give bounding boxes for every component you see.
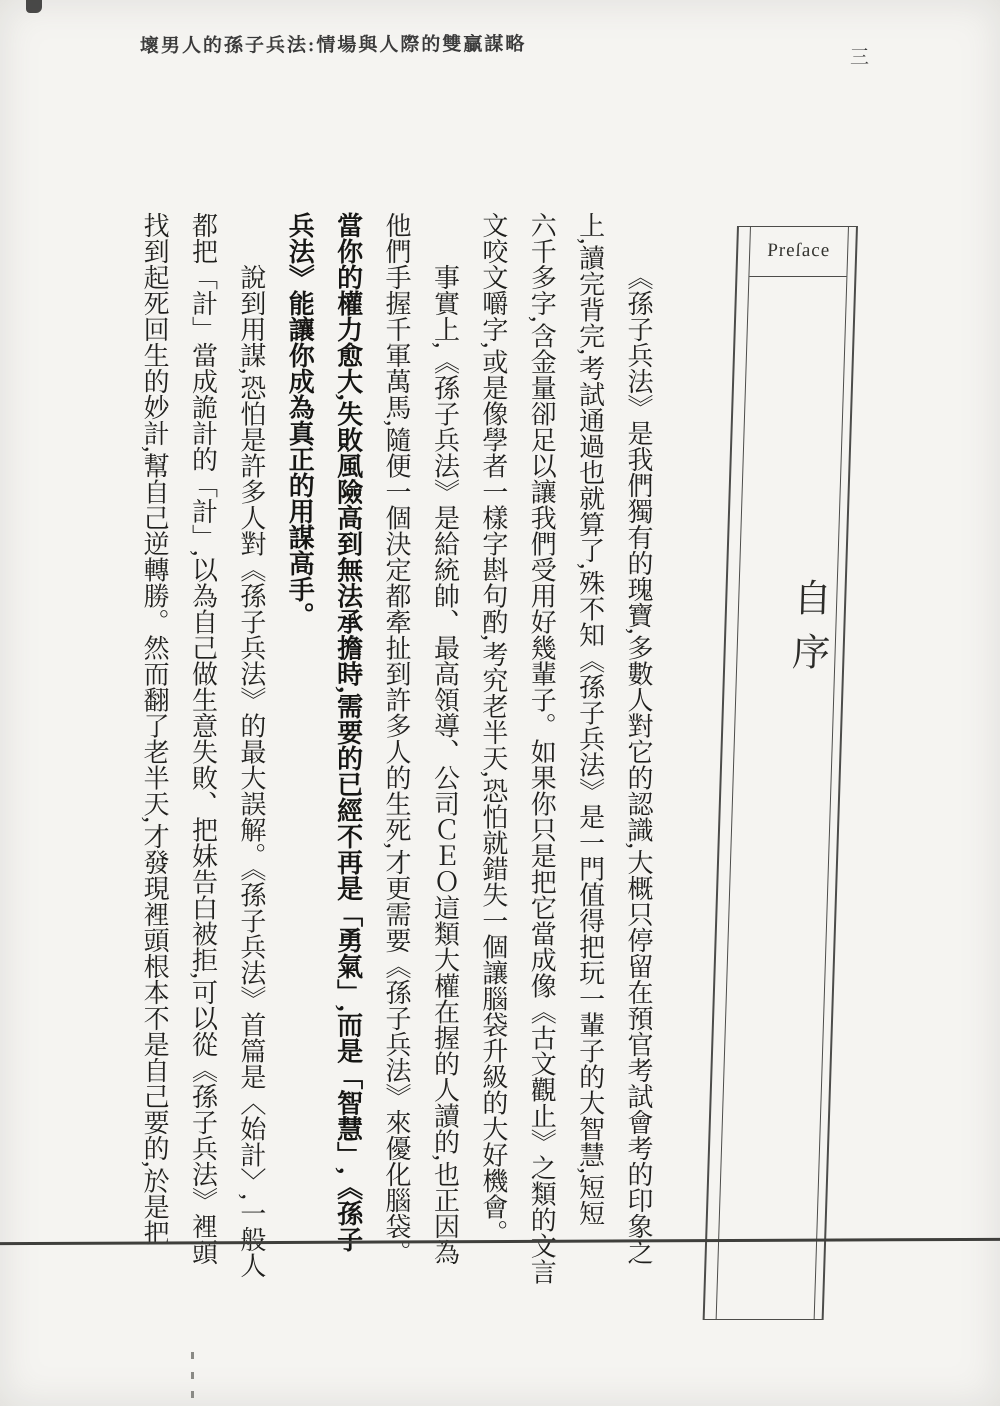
text-column: 他們手握千軍萬馬,隨便一個決定都牽扯到許多人的生死,才更需要《孫子兵法》來優化腦… (372, 212, 420, 1337)
preface-english-label: Preſace (749, 226, 848, 277)
scan-corner-blot (26, 0, 42, 13)
scan-bottom-marks (191, 1352, 195, 1398)
text-column: 事實上,《孫子兵法》是給統帥、最高領導、公司ＣＥＯ這類大權在握的人讀的,也正因為 (420, 212, 468, 1337)
text-column: 上,讀完背完,考試通過也就算了,殊不知《孫子兵法》是一門值得把玩一輩子的大智慧,… (565, 212, 613, 1337)
text-column: 都把「計」當成詭計的「計」,以為自己做生意失敗、把妹告白被拒,可以從《孫子兵法》… (178, 212, 226, 1337)
text-column: 六千多字,含金量卻足以讓我們受用好幾輩子。如果你只是把它當成像《古文觀止》之類的… (517, 212, 565, 1337)
text-column-emphasized: 當你的權力愈大,失敗風險高到無法承擔時,需要的已經不再是「勇氣」,而是「智慧」,… (323, 212, 371, 1337)
page-number: 三 (850, 42, 869, 69)
text-column: 文咬文嚼字,或是像學者一樣字斟句酌,考究老半天,恐怕就錯失一個讓腦袋升級的大好機… (468, 212, 516, 1337)
preface-title-box: Preſace 自序 (703, 226, 858, 1320)
text-column: 《孫子兵法》是我們獨有的瑰寶,多數人對它的認識,大概只停留在預官考試會考的印象之 (614, 212, 662, 1337)
scanned-book-page: { "header": { "book_title": "壞男人的孫子兵法:情場… (0, 0, 1000, 1406)
preface-chinese-title: 自序 (737, 578, 837, 686)
text-column-emphasized: 兵法》能讓你成為真正的用謀高手。 (275, 212, 323, 1337)
running-header-title: 壞男人的孫子兵法:情場與人際的雙贏謀略 (140, 29, 526, 58)
vertical-text-block: 《孫子兵法》是我們獨有的瑰寶,多數人對它的認識,大概只停留在預官考試會考的印象之… (130, 212, 662, 1342)
text-column: 找到起死回生的妙計,幫自己逆轉勝。然而翻了老半天,才發現裡頭根本不是自己要的,於… (130, 212, 178, 1337)
text-column: 說到用謀,恐怕是許多人對《孫子兵法》的最大誤解。《孫子兵法》首篇是〈始計〉,一般… (226, 212, 274, 1337)
